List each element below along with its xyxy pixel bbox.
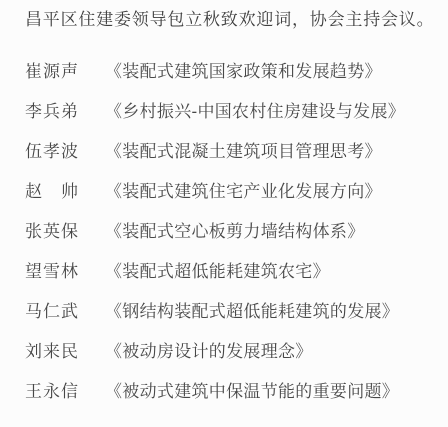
schedule-row: 王永信 《被动式建筑中保温节能的重要问题》: [25, 369, 448, 409]
talk-title: 《装配式建筑国家政策和发展趋势》: [105, 57, 382, 82]
schedule-row: 崔源声 《装配式建筑国家政策和发展趋势》: [25, 49, 448, 89]
speaker-name: 崔源声: [25, 57, 105, 82]
schedule-list: 崔源声 《装配式建筑国家政策和发展趋势》 李兵弟 《乡村振兴-中国农村住房建设与…: [25, 49, 448, 409]
speaker-name: 刘来民: [25, 337, 105, 362]
talk-title: 《装配式超低能耗建筑农宅》: [105, 257, 330, 282]
speaker-name: 伍孝波: [25, 137, 105, 162]
page-title: 昌平区住建委领导包立秋致欢迎词，协会主持会议。: [25, 8, 448, 32]
talk-title: 《乡村振兴-中国农村住房建设与发展》: [105, 97, 405, 122]
schedule-row: 赵 帅 《装配式建筑住宅产业化发展方向》: [25, 169, 448, 209]
talk-title: 《被动式建筑中保温节能的重要问题》: [105, 377, 399, 402]
talk-title: 《装配式空心板剪力墙结构体系》: [105, 217, 365, 242]
speaker-name: 王永信: [25, 377, 105, 402]
schedule-row: 望雪林 《装配式超低能耗建筑农宅》: [25, 249, 448, 289]
talk-title: 《钢结构装配式超低能耗建筑的发展》: [105, 297, 399, 322]
schedule-row: 伍孝波 《装配式混凝土建筑项目管理思考》: [25, 129, 448, 169]
talk-title: 《装配式混凝土建筑项目管理思考》: [105, 137, 382, 162]
schedule-row: 李兵弟 《乡村振兴-中国农村住房建设与发展》: [25, 89, 448, 129]
speaker-name: 张英保: [25, 217, 105, 242]
speaker-name: 李兵弟: [25, 97, 105, 122]
talk-title: 《装配式建筑住宅产业化发展方向》: [105, 177, 382, 202]
document: 昌平区住建委领导包立秋致欢迎词，协会主持会议。 崔源声 《装配式建筑国家政策和发…: [0, 0, 448, 427]
talk-title: 《被动房设计的发展理念》: [105, 337, 313, 362]
speaker-name: 望雪林: [25, 257, 105, 282]
schedule-row: 马仁武 《钢结构装配式超低能耗建筑的发展》: [25, 289, 448, 329]
schedule-row: 张英保 《装配式空心板剪力墙结构体系》: [25, 209, 448, 249]
speaker-name: 马仁武: [25, 297, 105, 322]
speaker-name: 赵 帅: [25, 177, 105, 202]
schedule-row: 刘来民 《被动房设计的发展理念》: [25, 329, 448, 369]
